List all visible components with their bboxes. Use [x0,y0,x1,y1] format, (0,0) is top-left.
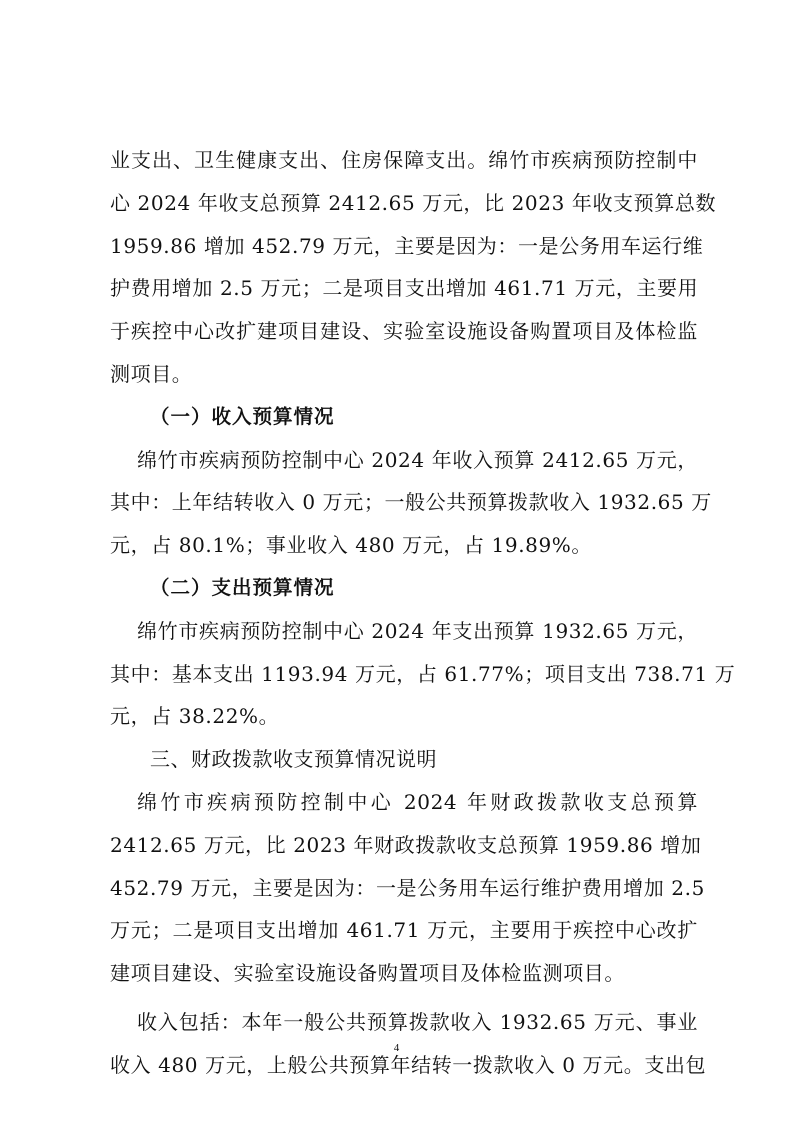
paragraph-expenditure-budget: 绵竹市疾病预防控制中心 2024 年支出预算 1932.65 万元， 其中：基本… [110,610,698,738]
text-line: 452.79 万元，主要是因为：一是公务用车运行维护费用增加 2.5 [110,867,698,910]
text-line: 元，占 80.1%；事业收入 480 万元，占 19.89%。 [110,524,698,567]
text-line: 2412.65 万元，比 2023 年财政拨款收支总预算 1959.86 增加 [110,824,698,867]
paragraph-fiscal-appropriation: 绵竹市疾病预防控制中心 2024 年财政拨款收支总预算 2412.65 万元，比… [110,781,698,995]
page-number: 4 [0,1042,793,1054]
text-line: 元，占 38.22%。 [110,695,698,738]
text-line: 绵竹市疾病预防控制中心 2024 年财政拨款收支总预算 [110,781,698,824]
document-page-body: 业支出、卫生健康支出、住房保障支出。绵竹市疾病预防控制中 心 2024 年收支总… [110,139,698,1087]
paragraph-income-budget: 绵竹市疾病预防控制中心 2024 年收入预算 2412.65 万元， 其中：上年… [110,439,698,567]
section-heading-fiscal-appropriation: 三、财政拨款收支预算情况说明 [110,738,698,781]
heading-income-budget: （一）收入预算情况 [110,396,698,439]
text-line: 万元；二是项目支出增加 461.71 万元，主要用于疾控中心改扩 [110,909,698,952]
text-line: 测项目。 [110,353,698,396]
text-line: 绵竹市疾病预防控制中心 2024 年支出预算 1932.65 万元， [110,610,698,653]
text-line: 收入包括：本年一般公共预算拨款收入 1932.65 万元、事业 [110,1001,698,1044]
heading-expenditure-budget: （二）支出预算情况 [110,567,698,610]
text-line: 建项目建设、实验室设施设备购置项目及体检监测项目。 [110,952,698,995]
text-line: 于疾控中心改扩建项目建设、实验室设施设备购置项目及体检监 [110,310,698,353]
text-line: 护费用增加 2.5 万元；二是项目支出增加 461.71 万元，主要用 [110,267,698,310]
text-line: 其中：基本支出 1193.94 万元，占 61.77%；项目支出 738.71 … [110,653,698,696]
text-line: 其中：上年结转收入 0 万元；一般公共预算拨款收入 1932.65 万 [110,481,698,524]
text-line: 业支出、卫生健康支出、住房保障支出。绵竹市疾病预防控制中 [110,139,698,182]
text-line: 心 2024 年收支总预算 2412.65 万元，比 2023 年收支预算总数 [110,182,698,225]
paragraph-budget-overview: 业支出、卫生健康支出、住房保障支出。绵竹市疾病预防控制中 心 2024 年收支总… [110,139,698,396]
text-line: 绵竹市疾病预防控制中心 2024 年收入预算 2412.65 万元， [110,439,698,482]
text-line: 1959.86 增加 452.79 万元，主要是因为：一是公务用车运行维 [110,225,698,268]
